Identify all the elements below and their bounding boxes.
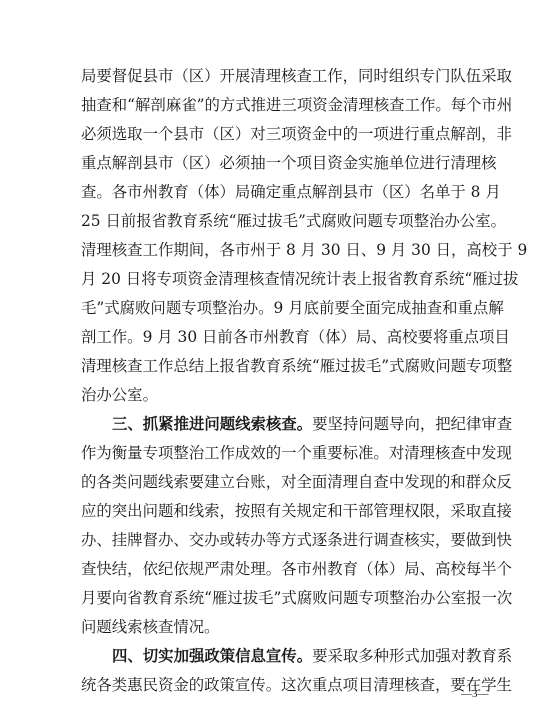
text-line: 月要向省教育系统“雁过拔毛”式腐败问题专项整治办公室报一次 xyxy=(81,584,483,613)
text-line: 作为衡量专项整治工作成效的一个重要标准。对清理核查中发现 xyxy=(81,439,483,468)
text-line: 查快结，依纪依规严肃处理。各市州教育（体）局、高校每半个 xyxy=(81,555,483,584)
text-line: 毛”式腐败问题专项整治办。9 月底前要全面完成抽查和重点解 xyxy=(81,294,483,323)
text-line: 办、挂牌督办、交办或转办等方式逐条进行调查核实，要做到快 xyxy=(81,526,483,555)
text-line: 局要督促县市（区）开展清理核查工作，同时组织专门队伍采取 xyxy=(81,62,483,91)
page-number: —3— xyxy=(461,688,489,700)
text-line: 清理核查工作期间，各市州于 8 月 30 日、9 月 30 日，高校于 9 xyxy=(81,236,483,265)
text-line: 的各类问题线索要建立台账，对全面清理自查中发现的和群众反 xyxy=(81,468,483,497)
text-line: 抽查和“解剖麻雀”的方式推进三项资金清理核查工作。每个市州 xyxy=(81,91,483,120)
text-line: 应的突出问题和线索，按照有关规定和干部管理权限，采取直接 xyxy=(81,497,483,526)
document-body: 局要督促县市（区）开展清理核查工作，同时组织专门队伍采取 抽查和“解剖麻雀”的方… xyxy=(81,62,483,700)
section-4-text: 要采取多种形式加强对教育系 xyxy=(312,647,512,665)
section-3-heading: 三、抓紧推进问题线索核查。 xyxy=(112,415,312,433)
text-line: 查。各市州教育（体）局确定重点解剖县市（区）名单于 8 月 xyxy=(81,178,483,207)
section-4-heading: 四、切实加强政策信息宣传。 xyxy=(112,647,312,665)
text-line: 治办公室。 xyxy=(81,381,483,410)
text-line: 清理核查工作总结上报省教育系统“雁过拔毛”式腐败问题专项整 xyxy=(81,352,483,381)
text-line: 必须选取一个县市（区）对三项资金中的一项进行重点解剖，非 xyxy=(81,120,483,149)
text-line: 问题线索核查情况。 xyxy=(81,613,483,642)
text-line: 月 20 日将专项资金清理核查情况统计表上报省教育系统“雁过拔 xyxy=(81,265,483,294)
document-page: 局要督促县市（区）开展清理核查工作，同时组织专门队伍采取 抽查和“解剖麻雀”的方… xyxy=(0,0,552,725)
section-4-first-line: 四、切实加强政策信息宣传。要采取多种形式加强对教育系 xyxy=(81,642,483,671)
section-3-text: 要坚持问题导向，把纪律审查 xyxy=(312,415,512,433)
text-line: 统各类惠民资金的政策宣传。这次重点项目清理核查，要在学生 xyxy=(81,671,483,700)
text-line: 重点解剖县市（区）必须抽一个项目资金实施单位进行清理核 xyxy=(81,149,483,178)
text-line: 25 日前报省教育系统“雁过拔毛”式腐败问题专项整治办公室。 xyxy=(81,207,483,236)
section-3-first-line: 三、抓紧推进问题线索核查。要坚持问题导向，把纪律审查 xyxy=(81,410,483,439)
text-line: 剖工作。9 月 30 日前各市州教育（体）局、高校要将重点项目 xyxy=(81,323,483,352)
